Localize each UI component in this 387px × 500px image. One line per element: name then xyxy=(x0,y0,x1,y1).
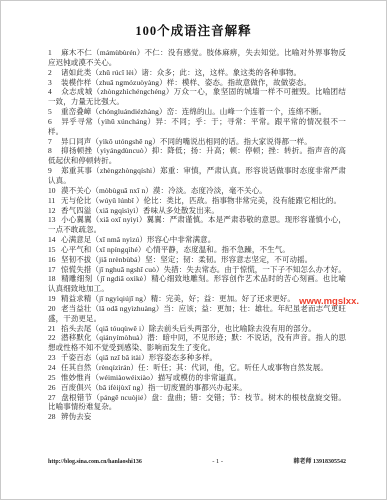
idiom-item: 3装模作样（zhuā ngmózuòyàng）样：模样、姿态。指故意做作，故做姿… xyxy=(48,78,346,88)
idiom-number: 25 xyxy=(48,373,61,383)
idiom-text: 掐头去尾（qiā tóuqùwě i）除去前头后头两部分，也比喻除去没有用的部分… xyxy=(61,324,316,333)
idiom-item: 15心平气和（xī npíngqìhé）心情平静，态度温和。指不急躁，不生气。 xyxy=(48,245,346,255)
idiom-number: 13 xyxy=(48,215,61,225)
idiom-item: 14心满意足（xī nmǎ nyìzú）形容心中非常满意。 xyxy=(48,235,346,245)
watermark-text: www.mgslxx. xyxy=(299,296,359,307)
idiom-text: 无与伦比（wúyǔ lúnbǐ ）伦比：类比，匹敌。指事物非常完美，没有能跟它相… xyxy=(61,196,341,205)
footer-contact: 韩老师 13918305542 xyxy=(293,456,346,465)
idiom-number: 17 xyxy=(48,265,61,275)
idiom-number: 19 xyxy=(48,294,61,304)
idiom-item: 23千姿百态（qiā nzī bǎ itài）形容姿态多种多样。 xyxy=(48,353,346,363)
idiom-item: 2诸如此类（zhū rúcǐ lèi）诸：众多；此：这，这样。象这类的各种事物。 xyxy=(48,68,346,78)
document-page: 100个成语注音解释 1麻木不仁（mámùbùrén）不仁：没有感觉。肢体麻痹，… xyxy=(0,0,387,500)
page-title: 100个成语注音解释 xyxy=(1,1,386,39)
idiom-item: 10漠不关心（mòbùguā nxī n）漠：冷淡。态度冷淡，毫不关心。 xyxy=(48,186,346,196)
idiom-text: 潜移默化（qiányímòhuà）潜：暗中同，不见形迹；默：不说话，没有声音。指… xyxy=(48,333,346,352)
idiom-number: 28 xyxy=(48,412,61,422)
idiom-text: 心平气和（xī npíngqìhé）心情平静，态度温和。指不急躁，不生气。 xyxy=(61,245,290,254)
idiom-text: 盘根错节（pángē ncuòjié）盘：盘曲；错：交错；节：枝节。树木的根枝盘… xyxy=(48,393,346,412)
idiom-number: 2 xyxy=(48,68,61,78)
idiom-text: 漠不关心（mòbùguā nxī n）漠：冷淡。态度冷淡，毫不关心。 xyxy=(61,186,267,195)
idiom-text: 小心翼翼（xiǎ oxī nyìyì）翼翼：严肃谨慎。本是严肃恭敬的意思。现形容… xyxy=(48,215,346,234)
idiom-text: 心满意足（xī nmǎ nyìzú）形容心中非常满意。 xyxy=(61,235,215,244)
idiom-list: 1麻木不仁（mámùbùrén）不仁：没有感觉。肢体麻痹，失去知觉。比喻对外界事… xyxy=(1,48,386,422)
idiom-item: 24任其自然（rènqízìrán）任：听任；其：代词，他，它。听任人或事物自然… xyxy=(48,363,346,373)
idiom-item: 5重峦叠嶂（chóngluándiézhàng）峦：连绵的山。山峰一个连着一个，… xyxy=(48,107,346,117)
idiom-number: 9 xyxy=(48,166,61,176)
idiom-item: 8抑扬顿挫（yìyángdùncuò）抑：降低；扬：升高；顿：停顿；挫：转折。指… xyxy=(48,146,346,166)
idiom-number: 12 xyxy=(48,206,61,216)
idiom-number: 4 xyxy=(48,87,61,97)
idiom-item: 27盘根错节（pángē ncuòjié）盘：盘曲；错：交错；节：枝节。树木的根… xyxy=(48,393,346,413)
idiom-text: 千姿百态（qiā nzī bǎ itài）形容姿态多种多样。 xyxy=(61,353,217,362)
idiom-number: 7 xyxy=(48,137,61,147)
idiom-number: 1 xyxy=(48,48,61,58)
idiom-item: 13小心翼翼（xiǎ oxī nyìyì）翼翼：严肃谨慎。本是严肃恭敬的意思。现… xyxy=(48,215,346,235)
idiom-text: 惊慌失措（jī nghuā ngshī cuò）失措：失去常态。由于惊慌，一下子… xyxy=(61,265,346,274)
idiom-item: 17惊慌失措（jī nghuā ngshī cuò）失措：失去常态。由于惊慌，一… xyxy=(48,265,346,275)
idiom-item: 9郑重其事（zhèngzhòngqíshì）郑重：审慎，严肃认真。形容说话做事时… xyxy=(48,166,346,186)
idiom-item: 4众志成城（zhòngzhìchéngchéng）万众一心，象坚固的城墙一样不可… xyxy=(48,87,346,107)
idiom-text: 惟妙惟肖（wéimiàowéixiào）描写或模仿的非常逼真。 xyxy=(61,373,241,382)
idiom-number: 5 xyxy=(48,107,61,117)
idiom-number: 8 xyxy=(48,146,61,156)
idiom-item: 16坚韧不拔（jiā nrènbùbá）坚：坚定；韧：柔韧。形容意志坚定，不可动… xyxy=(48,255,346,265)
idiom-item: 28辨伪去妄 xyxy=(48,412,346,422)
idiom-item: 7异口同声（yìkǒ utóngshē ng）不同的嘴说出相同的话。指大家说得都… xyxy=(48,137,346,147)
idiom-text: 众志成城（zhòngzhìchéngchéng）万众一心，象坚固的城墙一样不可摧… xyxy=(48,87,346,106)
idiom-item: 18精雕细刻（jī ngdiā oxìkè）精心细致地雕刻。形容创作艺术品时的苦… xyxy=(48,274,346,294)
idiom-text: 郑重其事（zhèngzhòngqíshì）郑重：审慎，严肃认真。形容说话做事时态… xyxy=(48,166,346,185)
idiom-number: 26 xyxy=(48,383,61,393)
idiom-text: 重峦叠嶂（chóngluándiézhàng）峦：连绵的山。山峰一个连着一个，连… xyxy=(61,107,326,116)
idiom-number: 22 xyxy=(48,333,61,343)
page-number: - 1 - xyxy=(212,458,223,465)
idiom-item: 26百废俱兴（bǎ ifèijùxī ng）指一切废置的事都兴办起来。 xyxy=(48,383,346,393)
idiom-text: 坚韧不拔（jiā nrènbùbá）坚：坚定；韧：柔韧。形容意志坚定，不可动摇。 xyxy=(61,255,312,264)
idiom-item: 6异乎寻常（yìhū xúncháng）异：不同；乎：于；寻常：平常。跟平常的情… xyxy=(48,117,346,137)
idiom-number: 15 xyxy=(48,245,61,255)
idiom-number: 27 xyxy=(48,393,61,403)
idiom-number: 3 xyxy=(48,78,61,88)
idiom-text: 麻木不仁（mámùbùrén）不仁：没有感觉。肢体麻痹，失去知觉。比喻对外界事物… xyxy=(48,48,346,67)
idiom-number: 10 xyxy=(48,186,61,196)
idiom-number: 23 xyxy=(48,353,61,363)
idiom-text: 抑扬顿挫（yìyángdùncuò）抑：降低；扬：升高；顿：停顿；挫：转折。指声… xyxy=(48,146,346,165)
idiom-number: 6 xyxy=(48,117,61,127)
idiom-item: 21掐头去尾（qiā tóuqùwě i）除去前头后头两部分，也比喻除去没有用的… xyxy=(48,324,346,334)
idiom-number: 24 xyxy=(48,363,61,373)
idiom-text: 香气四溢（xiā ngqìsìyì）香味从多处散发出来。 xyxy=(61,206,219,215)
idiom-text: 辨伪去妄 xyxy=(61,412,91,421)
idiom-text: 装模作样（zhuā ngmózuòyàng）样：模样、姿态。指故意做作，故做姿态… xyxy=(61,78,311,87)
idiom-text: 任其自然（rènqízìrán）任：听任；其：代词，他，它。听任人或事物自然发展… xyxy=(61,363,328,372)
idiom-text: 百废俱兴（bǎ ifèijùxī ng）指一切废置的事都兴办起来。 xyxy=(61,383,247,392)
idiom-text: 精益求精（jī ngyìqiújī ng）精：完美，好；益：更加。好了还求更好。 xyxy=(61,294,295,303)
idiom-number: 18 xyxy=(48,274,61,284)
idiom-number: 14 xyxy=(48,235,61,245)
idiom-number: 16 xyxy=(48,255,61,265)
idiom-text: 异口同声（yìkǒ utóngshē ng）不同的嘴说出相同的话。指大家说得都一… xyxy=(61,137,312,146)
idiom-text: 精雕细刻（jī ngdiā oxìkè）精心细致地雕刻。形容创作艺术品时的苦心刻… xyxy=(48,274,346,293)
idiom-item: 1麻木不仁（mámùbùrén）不仁：没有感觉。肢体麻痹，失去知觉。比喻对外界事… xyxy=(48,48,346,68)
idiom-item: 12香气四溢（xiā ngqìsìyì）香味从多处散发出来。 xyxy=(48,206,346,216)
idiom-item: 22潜移默化（qiányímòhuà）潜：暗中同，不见形迹；默：不说话，没有声音… xyxy=(48,333,346,353)
page-footer: http://blog.sina.com.cn/hanlaoshi136 - 1… xyxy=(1,456,386,465)
idiom-item: 25惟妙惟肖（wéimiàowéixiào）描写或模仿的非常逼真。 xyxy=(48,373,346,383)
idiom-number: 11 xyxy=(48,196,61,206)
footer-blog-url: http://blog.sina.com.cn/hanlaoshi136 xyxy=(48,459,142,465)
idiom-item: 11无与伦比（wúyǔ lúnbǐ ）伦比：类比，匹敌。指事物非常完美，没有能跟… xyxy=(48,196,346,206)
idiom-text: 异乎寻常（yìhū xúncháng）异：不同；乎：于；寻常：平常。跟平常的情况… xyxy=(48,117,346,136)
idiom-text: 诸如此类（zhū rúcǐ lèi）诸：众多；此：这，这样。象这类的各种事物。 xyxy=(61,68,301,77)
idiom-number: 21 xyxy=(48,324,61,334)
idiom-number: 20 xyxy=(48,304,61,314)
